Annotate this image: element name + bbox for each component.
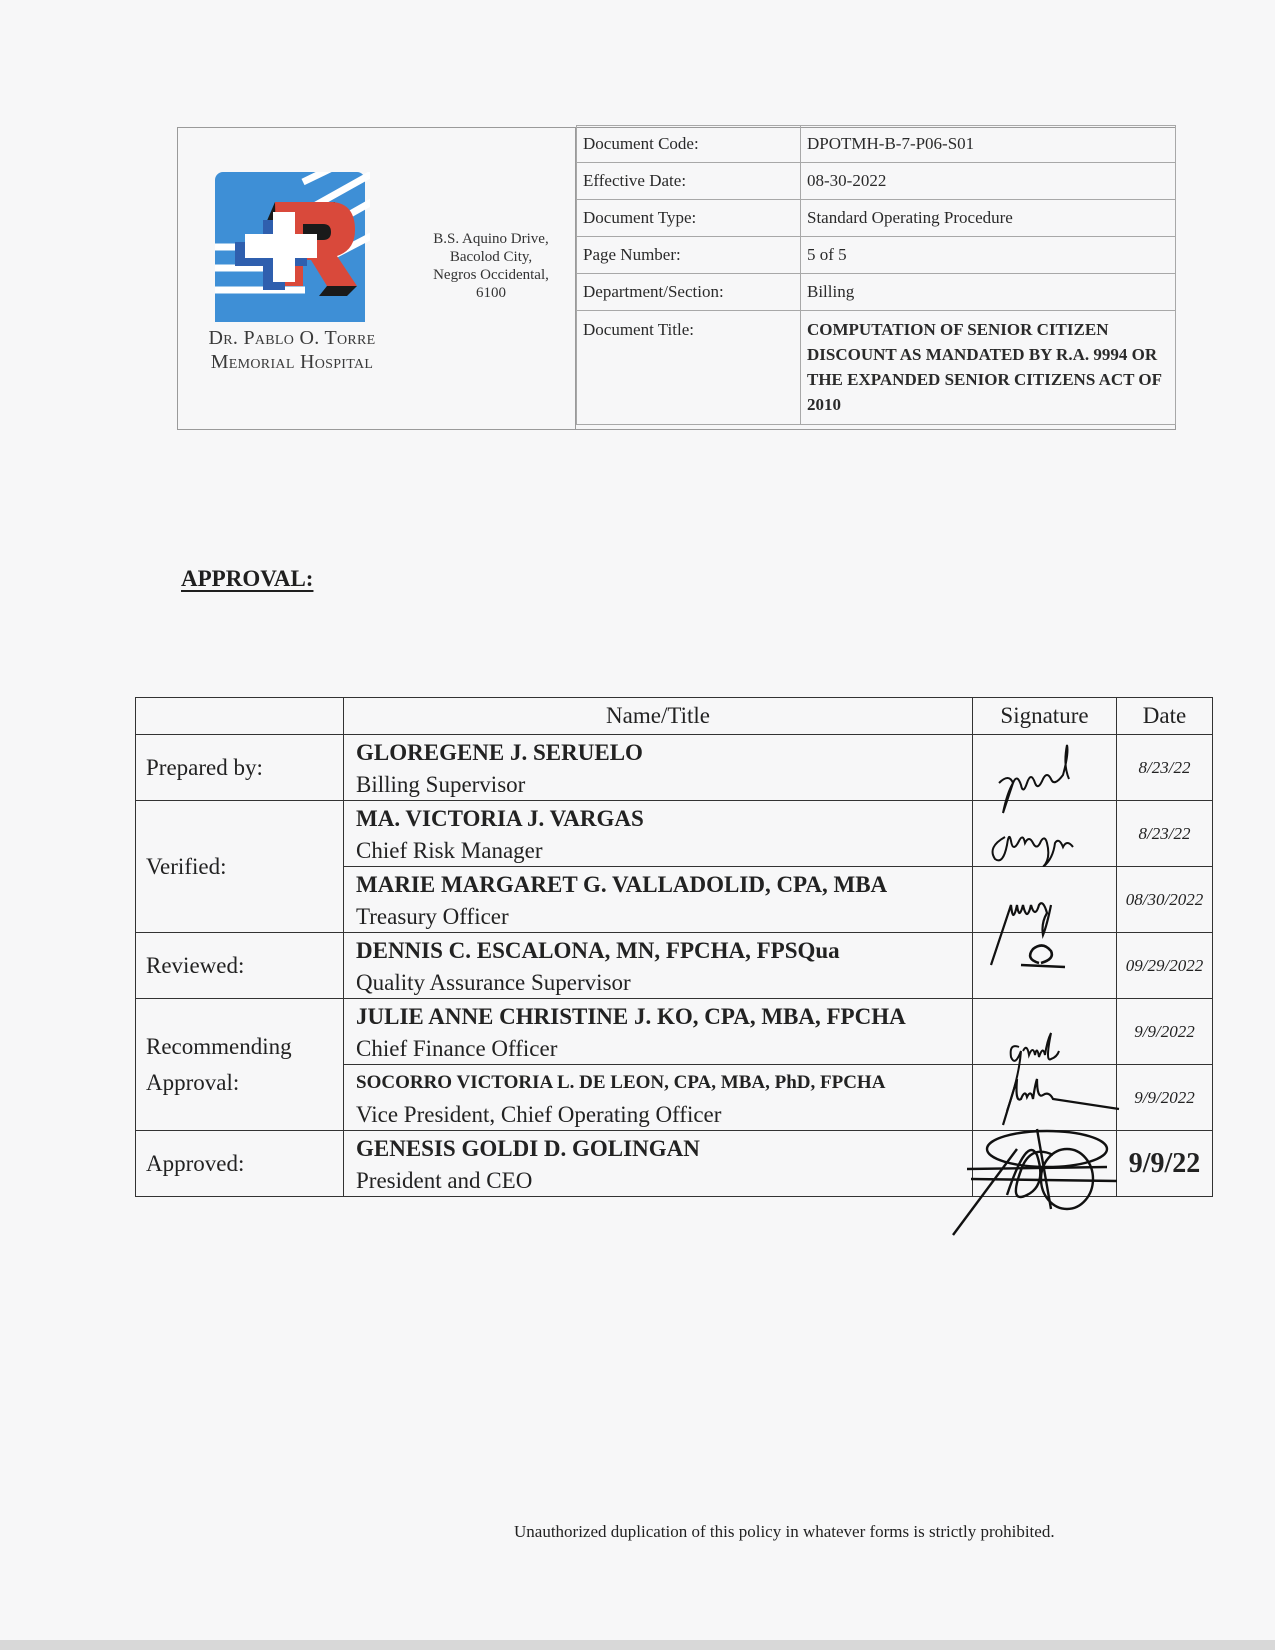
meta-row-department: Department/Section: Billing xyxy=(577,274,1176,311)
signature-date: 9/9/2022 xyxy=(1117,1065,1213,1131)
handwritten-signature-icon xyxy=(1013,937,1073,977)
signature-cell xyxy=(973,1131,1117,1197)
person-title: Billing Supervisor xyxy=(356,769,960,800)
column-header-date: Date xyxy=(1117,698,1213,735)
signature-date: 8/23/22 xyxy=(1117,735,1213,801)
meta-row-document-code: Document Code: DPOTMH-B-7-P06-S01 xyxy=(577,126,1176,163)
person-title: Chief Risk Manager xyxy=(356,835,960,866)
effective-date-value: 08-30-2022 xyxy=(801,163,1176,200)
signature-cell xyxy=(973,801,1117,867)
address-line: 6100 xyxy=(406,284,576,302)
meta-row-effective-date: Effective Date: 08-30-2022 xyxy=(577,163,1176,200)
hospital-logo-icon xyxy=(215,172,370,324)
role-recommending-approval: Recommending Approval: xyxy=(136,999,344,1131)
approval-row: Recommending Approval: JULIE ANNE CHRIST… xyxy=(136,999,1213,1065)
hospital-identity-cell: Dr. Pablo O. Torre Memorial Hospital B.S… xyxy=(178,128,576,429)
signature-cell xyxy=(973,999,1117,1065)
person-cell: DENNIS C. ESCALONA, MN, FPCHA, FPSQua Qu… xyxy=(344,933,973,999)
address-line: B.S. Aquino Drive, xyxy=(406,230,576,248)
meta-row-page-number: Page Number: 5 of 5 xyxy=(577,237,1176,274)
meta-label: Document Code: xyxy=(577,126,801,163)
person-cell: GENESIS GOLDI D. GOLINGAN President and … xyxy=(344,1131,973,1197)
person-title: Treasury Officer xyxy=(356,901,960,932)
person-name: JULIE ANNE CHRISTINE J. KO, CPA, MBA, FP… xyxy=(356,1001,960,1033)
handwritten-signature-icon xyxy=(983,817,1108,867)
scan-edge xyxy=(0,1640,1275,1650)
document-title-value: COMPUTATION OF SENIOR CITIZEN DISCOUNT A… xyxy=(801,311,1176,425)
footer-disclaimer: Unauthorized duplication of this policy … xyxy=(514,1522,1055,1542)
person-name: GENESIS GOLDI D. GOLINGAN xyxy=(356,1133,960,1165)
hospital-name: Dr. Pablo O. Torre Memorial Hospital xyxy=(178,326,406,374)
signature-date: 08/30/2022 xyxy=(1117,867,1213,933)
address-line: Bacolod City, xyxy=(406,248,576,266)
signature-date: 9/9/2022 xyxy=(1117,999,1213,1065)
meta-label: Page Number: xyxy=(577,237,801,274)
column-header-name-title: Name/Title xyxy=(344,698,973,735)
approval-row: Approved: GENESIS GOLDI D. GOLINGAN Pres… xyxy=(136,1131,1213,1197)
person-title: Vice President, Chief Operating Officer xyxy=(356,1099,960,1130)
person-cell: MARIE MARGARET G. VALLADOLID, CPA, MBA T… xyxy=(344,867,973,933)
department-value: Billing xyxy=(801,274,1176,311)
role-approved: Approved: xyxy=(136,1131,344,1197)
person-name: DENNIS C. ESCALONA, MN, FPCHA, FPSQua xyxy=(356,935,960,967)
role-reviewed: Reviewed: xyxy=(136,933,344,999)
meta-row-document-title: Document Title: COMPUTATION OF SENIOR CI… xyxy=(577,311,1176,425)
person-name: MA. VICTORIA J. VARGAS xyxy=(356,803,960,835)
signature-cell xyxy=(973,867,1117,933)
meta-label: Document Type: xyxy=(577,200,801,237)
page-number-value: 5 of 5 xyxy=(801,237,1176,274)
meta-label: Document Title: xyxy=(577,311,801,425)
column-header-role xyxy=(136,698,344,735)
approval-header-row: Name/Title Signature Date xyxy=(136,698,1213,735)
document-meta-table: Document Code: DPOTMH-B-7-P06-S01 Effect… xyxy=(576,125,1176,425)
signature-date: 8/23/22 xyxy=(1117,801,1213,867)
signature-cell xyxy=(973,933,1117,999)
hospital-name-line1: Dr. Pablo O. Torre xyxy=(178,326,406,350)
meta-row-document-type: Document Type: Standard Operating Proced… xyxy=(577,200,1176,237)
person-name: SOCORRO VICTORIA L. DE LEON, CPA, MBA, P… xyxy=(356,1067,960,1099)
role-prepared-by: Prepared by: xyxy=(136,735,344,801)
meta-label: Department/Section: xyxy=(577,274,801,311)
signature-cell xyxy=(973,1065,1117,1131)
person-name: GLOREGENE J. SERUELO xyxy=(356,737,960,769)
person-cell: SOCORRO VICTORIA L. DE LEON, CPA, MBA, P… xyxy=(344,1065,973,1131)
person-title: Chief Finance Officer xyxy=(356,1033,960,1064)
document-code-value: DPOTMH-B-7-P06-S01 xyxy=(801,126,1176,163)
person-cell: GLOREGENE J. SERUELO Billing Supervisor xyxy=(344,735,973,801)
signature-cell xyxy=(973,735,1117,801)
role-verified: Verified: xyxy=(136,801,344,933)
approval-heading: APPROVAL: xyxy=(181,566,313,592)
document-header: Dr. Pablo O. Torre Memorial Hospital B.S… xyxy=(177,127,1176,430)
approval-row: Verified: MA. VICTORIA J. VARGAS Chief R… xyxy=(136,801,1213,867)
person-name: MARIE MARGARET G. VALLADOLID, CPA, MBA xyxy=(356,869,960,901)
person-cell: MA. VICTORIA J. VARGAS Chief Risk Manage… xyxy=(344,801,973,867)
address-line: Negros Occidental, xyxy=(406,266,576,284)
hospital-name-line2: Memorial Hospital xyxy=(178,350,406,374)
signature-date: 9/9/22 xyxy=(1117,1131,1213,1197)
approval-row: Reviewed: DENNIS C. ESCALONA, MN, FPCHA,… xyxy=(136,933,1213,999)
person-title: Quality Assurance Supervisor xyxy=(356,967,960,998)
person-cell: JULIE ANNE CHRISTINE J. KO, CPA, MBA, FP… xyxy=(344,999,973,1065)
approval-table: Name/Title Signature Date Prepared by: G… xyxy=(135,697,1213,1197)
hospital-address: B.S. Aquino Drive, Bacolod City, Negros … xyxy=(406,230,576,302)
column-header-signature: Signature xyxy=(973,698,1117,735)
approval-row: Prepared by: GLOREGENE J. SERUELO Billin… xyxy=(136,735,1213,801)
person-title: President and CEO xyxy=(356,1165,960,1196)
document-type-value: Standard Operating Procedure xyxy=(801,200,1176,237)
signature-date: 09/29/2022 xyxy=(1117,933,1213,999)
meta-label: Effective Date: xyxy=(577,163,801,200)
